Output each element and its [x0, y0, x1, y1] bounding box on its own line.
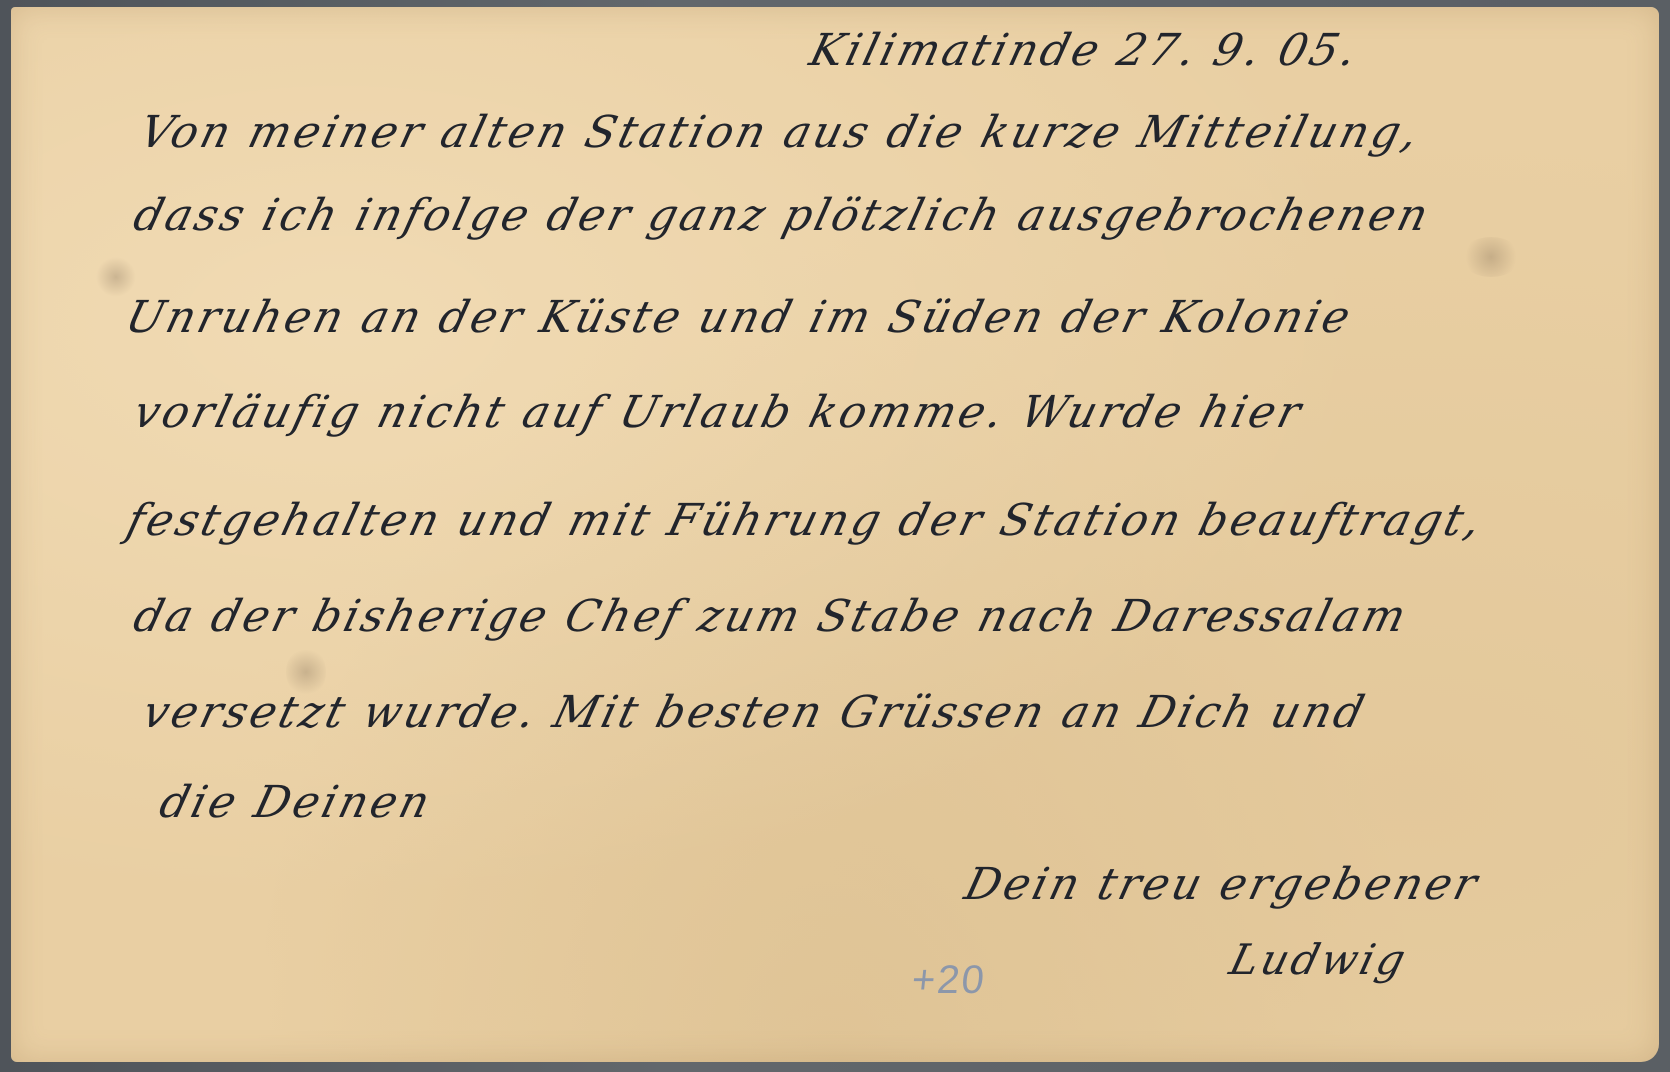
letter-line-4: vorläufig nicht auf Urlaub komme. Wurde … — [129, 387, 1309, 438]
letter-line-2: dass ich infolge der ganz plötzlich ausg… — [129, 190, 1436, 241]
letter-line-1: Von meiner alten Station aus die kurze M… — [135, 107, 1427, 158]
scan-background: Kilimatinde 27. 9. 05. Von meiner alten … — [0, 0, 1670, 1072]
signature: Ludwig — [1225, 935, 1413, 984]
paper-stain — [96, 257, 136, 297]
place-date-heading: Kilimatinde 27. 9. 05. — [805, 25, 1365, 76]
letter-line-6: da der bisherige Chef zum Stabe nach Dar… — [129, 591, 1414, 642]
pencil-annotation: +20 — [910, 958, 989, 1003]
paper-stain — [1461, 237, 1521, 277]
postcard: Kilimatinde 27. 9. 05. Von meiner alten … — [11, 7, 1659, 1062]
letter-line-3: Unruhen an der Küste und im Süden der Ko… — [121, 292, 1359, 343]
letter-line-7: versetzt wurde. Mit besten Grüssen an Di… — [138, 687, 1372, 738]
closing-phrase: Dein treu ergebener — [960, 859, 1485, 910]
letter-line-8: die Deinen — [155, 777, 438, 828]
letter-line-5: festgehalten und mit Führung der Station… — [122, 495, 1489, 546]
